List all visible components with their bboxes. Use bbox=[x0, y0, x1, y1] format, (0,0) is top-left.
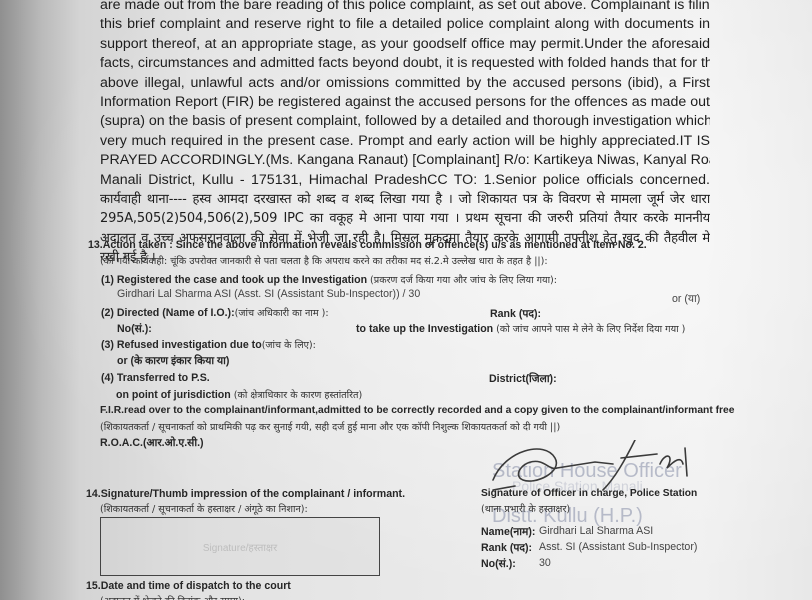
text-line: are made out from the bare reading of th… bbox=[100, 0, 710, 15]
officer-signature-label-hindi: (थाना प्रभारी के हस्ताक्षर) bbox=[481, 502, 570, 515]
item-3-label: (3) Refused investigation due to(जांच के… bbox=[101, 338, 316, 351]
hindi-text-line: कार्यवाही थाना---- हस्व आमदा दरखास्त को … bbox=[100, 190, 710, 209]
text-line: PRAYED ACCORDINGLY.(Ms. Kangana Ranaut) … bbox=[100, 151, 710, 170]
item-3-text: (3) Refused investigation due to bbox=[101, 339, 262, 351]
fir-read-over: F.I.R.read over to the complainant/infor… bbox=[100, 405, 735, 416]
officer-no-value: 30 bbox=[539, 557, 551, 569]
section-13-heading-hindi: (की गयी कार्यवाही: चूंकि उपरोक्त जानकारी… bbox=[100, 254, 548, 267]
item-1-hindi: (प्रकरण दर्ज किया गया और जांच के लिए लिय… bbox=[370, 275, 557, 286]
complainant-signature-box: Signature/हस्ताक्षर bbox=[100, 517, 380, 576]
item-4-district: District(जिला): bbox=[489, 372, 557, 386]
item-3-hindi: (जांच के लिए): bbox=[262, 340, 316, 351]
item-2-text: (2) Directed (Name of I.O.): bbox=[101, 307, 235, 319]
signature-placeholder: Signature/हस्ताक्षर bbox=[101, 540, 379, 554]
text-line: above illegal, unlawful acts and/or omis… bbox=[100, 74, 710, 93]
item-2-hindi: (जांच अधिकारी का नाम ): bbox=[235, 308, 329, 319]
item-2-take-up: to take up the Investigation (को जांच आप… bbox=[356, 322, 685, 335]
officer-rank-label: Rank (पद): bbox=[481, 541, 532, 555]
roac: R.O.A.C.(आर.ओ.ए.सी.) bbox=[100, 436, 204, 450]
item-2-label: (2) Directed (Name of I.O.):(जांच अधिकार… bbox=[101, 306, 329, 319]
text-line: Information Report (FIR) be registered a… bbox=[100, 93, 710, 112]
hindi-text-line: 295A,505(2)504,506(2),509 IPC का वकूह मे… bbox=[100, 209, 710, 228]
text-line: Manali District, Kullu - 175131, Himacha… bbox=[100, 171, 710, 190]
officer-no-label: No(सं.): bbox=[481, 557, 516, 571]
item-1-officer: Girdhari Lal Sharma ASI (Asst. SI (Assis… bbox=[117, 288, 420, 300]
section-13-heading: 13.Action taken : Since the above inform… bbox=[88, 239, 647, 251]
item-1-text: (1) Registered the case and took up the … bbox=[101, 274, 367, 286]
text-line: this brief complaint and reserve right t… bbox=[100, 15, 710, 34]
item-4-jurisdiction-hindi: (को क्षेत्राधिकार के कारण हस्तांतरित) bbox=[234, 390, 363, 401]
item-2-take-hindi: (को जांच आपने पास मे लेने के लिए निर्देश… bbox=[496, 324, 685, 335]
item-1-label: (1) Registered the case and took up the … bbox=[101, 273, 557, 286]
item-4-jurisdiction-text: on point of jurisdiction bbox=[116, 389, 231, 401]
section-15-heading: 15.Date and time of dispatch to the cour… bbox=[86, 580, 291, 592]
officer-rank-value: Asst. SI (Assistant Sub-Inspector) bbox=[539, 541, 697, 553]
item-1-or: or (या) bbox=[672, 292, 700, 306]
text-line: (supra) on the basis of present complain… bbox=[100, 112, 710, 131]
fir-document-page: are made out from the bare reading of th… bbox=[0, 0, 812, 600]
item-3-or: or (के कारण इंकार किया या) bbox=[117, 354, 229, 368]
section-14-heading-hindi: (शिकायतकर्ता / सूचनाकर्ता के हस्ताक्षर /… bbox=[100, 502, 308, 515]
text-line: very much required in the present case. … bbox=[100, 132, 710, 151]
item-2-take-text: to take up the Investigation bbox=[356, 323, 493, 335]
complaint-paragraph: are made out from the bare reading of th… bbox=[100, 0, 710, 267]
section-15-heading-hindi: (अदालत में भेजने की दिनांक और समय): bbox=[100, 594, 245, 600]
text-line: facts, circumstances and admitted facts … bbox=[100, 54, 710, 73]
item-4-label: (4) Transferred to P.S. bbox=[101, 372, 210, 384]
officer-signature-label: Signature of Officer in charge, Police S… bbox=[481, 488, 697, 499]
officer-name-value: Girdhari Lal Sharma ASI bbox=[539, 525, 653, 537]
item-2-rank: Rank (पद): bbox=[490, 307, 541, 321]
item-2-no: No(सं.): bbox=[117, 322, 152, 336]
item-4-jurisdiction: on point of jurisdiction (को क्षेत्राधिक… bbox=[116, 388, 362, 401]
fir-read-over-hindi: (शिकायतकर्ता / सूचनाकर्ता को प्राथमिकी प… bbox=[100, 420, 560, 433]
section-14-heading: 14.Signature/Thumb impression of the com… bbox=[86, 488, 405, 500]
officer-name-label: Name(नाम): bbox=[481, 525, 535, 539]
text-line: support thereof, at an appropriate stage… bbox=[100, 35, 710, 54]
